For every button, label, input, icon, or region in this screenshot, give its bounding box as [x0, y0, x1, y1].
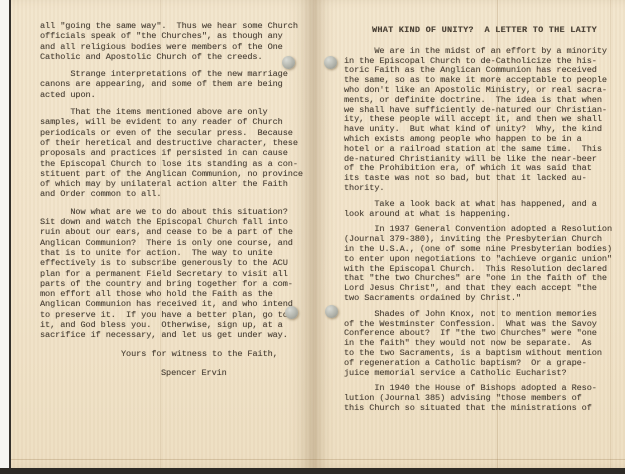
paper-fastener-icon	[282, 56, 295, 69]
fold-crease	[497, 0, 498, 468]
signature-line: Spencer Ervin	[161, 368, 313, 378]
paragraph: That the items mentioned above are only …	[40, 107, 313, 200]
paragraph: We are in the midst of an effort by a mi…	[344, 47, 625, 194]
fold-crease	[11, 459, 625, 460]
page-title: WHAT KIND OF UNITY? A LETTER TO THE LAIT…	[344, 26, 625, 36]
fold-crease	[610, 0, 611, 468]
paragraph: Strange interpretations of the new marri…	[40, 69, 313, 100]
scanner-edge-strip	[0, 0, 11, 468]
paragraph: In 1940 the House of Bishops adopted a R…	[344, 384, 625, 413]
paragraph: In 1937 General Convention adopted a Res…	[344, 225, 625, 303]
paragraph: Shades of John Knox, not to mention memo…	[344, 310, 625, 379]
scanned-document: all "going the same way". Thus we hear s…	[0, 0, 625, 474]
paragraph: all "going the same way". Thus we hear s…	[40, 21, 313, 62]
left-page-body: all "going the same way". Thus we hear s…	[11, 0, 313, 378]
paper-fastener-icon	[325, 305, 338, 318]
paragraph: Now what are we to do about this situati…	[40, 207, 313, 341]
closing-line: Yours for witness to the Faith,	[121, 349, 313, 359]
right-page-body: WHAT KIND OF UNITY? A LETTER TO THE LAIT…	[313, 0, 625, 414]
paper-fastener-icon	[285, 306, 298, 319]
left-page: all "going the same way". Thus we hear s…	[11, 0, 313, 468]
paper-fastener-icon	[324, 56, 337, 69]
right-page: WHAT KIND OF UNITY? A LETTER TO THE LAIT…	[313, 0, 625, 468]
fold-crease	[160, 0, 161, 468]
paragraph: Take a look back at what has happened, a…	[344, 200, 625, 220]
